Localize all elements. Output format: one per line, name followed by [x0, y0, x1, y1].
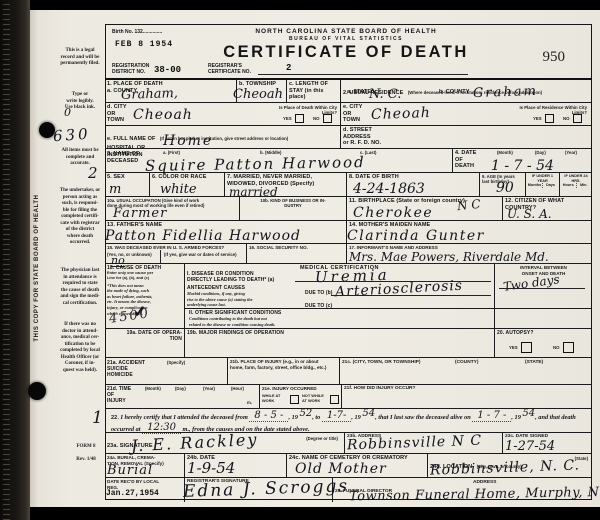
value-cemetery: Old Mother — [295, 462, 387, 476]
label-funeral-address: ADDRESS — [473, 480, 496, 486]
value-burial-date: 1-9-54 — [187, 461, 235, 476]
margin-vertical-text: THIS COPY FOR STATE BOARD OF HEALTH — [34, 188, 40, 348]
field-citizen: 12. CITIZEN OF WHAT COUNTRY? U. S. A. — [503, 197, 592, 220]
field-certify-statement: 22. I hereby certify that I attended the… — [105, 409, 592, 432]
label-yes-2: YES — [533, 116, 542, 121]
margin-scribble-0: 0 — [64, 106, 71, 119]
field-township: b. TOWNSHIP Cheoah — [237, 80, 287, 102]
line-cause-b — [331, 295, 491, 296]
margin-scribble-2: 2 — [88, 164, 98, 182]
field-color-race: 6. COLOR OR RACE white — [150, 173, 225, 196]
field-interval-blank — [495, 309, 592, 328]
note-antecedent: Morbid conditions, if any, giving rise t… — [187, 291, 253, 308]
row-occupation-birthplace: 10a. USUAL OCCUPATION (Give kind of work… — [105, 197, 592, 221]
label-armed-ifyes: (If yes, give war or dates of service) — [164, 252, 242, 257]
label-due-to-b: DUE TO (b) — [305, 290, 333, 296]
value-birthplace: Cherokee — [353, 206, 433, 220]
field-informant: 17. INFORMANT'S NAME AND ADDRESS Mrs. Ma… — [347, 244, 592, 263]
certificate-serial-number: 950 — [543, 49, 566, 66]
label-while-at-work: WHILE AT WORK — [262, 394, 288, 404]
label-major-findings: 19b. MAJOR FINDINGS OF OPERATION — [187, 330, 492, 336]
value-occupation: Farmer — [113, 207, 167, 220]
label-disease-leading-to-death: I. DISEASE OR CONDITION DIRECTLY LEADING… — [187, 271, 274, 283]
value-age: 90 — [496, 181, 514, 195]
field-hospital: e. FULL NAME OF (If not in hospital or i… — [105, 126, 341, 148]
value-last-seen-year: 54 — [522, 408, 535, 419]
field-age-under-24hrs: IF UNDER 24 HRS. Hours Min. — [559, 173, 592, 196]
value-hospital: Home — [163, 134, 213, 148]
field-city-of-residence: e. CITY OR TOWN Cheoah Is Place of Resid… — [341, 103, 592, 125]
margin-note-legal: This is a legal record and will be perma… — [54, 48, 106, 68]
value-birthplace-state: N C — [456, 198, 481, 212]
value-sex: m — [109, 183, 121, 196]
label-injury-occurred: 21e. INJURY OCCURRED — [262, 386, 339, 392]
row-parents: 13. FATHER'S NAME Patton Fidellia Harwoo… — [105, 221, 592, 244]
medical-bottom-subrow: II. OTHER SIGNIFICANT CONDITIONS Conditi… — [185, 309, 592, 328]
field-date-of-death: 4. DATE OF DEATH (Month) (Day) (Year) 1 … — [453, 149, 592, 172]
margin-note-type: Type or write legibly. Use black ink. — [54, 92, 106, 112]
value-attended-to: 1-7- — [322, 410, 351, 422]
label-place-of-injury: 21b. PLACE OF INJURY (e.g., in or about … — [230, 359, 337, 370]
label-days: Days — [542, 183, 558, 188]
row-burial: 24a. BURIAL, CREMA- TION, REMOVAL (Speci… — [105, 454, 592, 478]
value-date-of-death: 1 - 7 - 54 — [491, 159, 554, 173]
field-age: 9. AGE (In years last birthday) 90 IF UN… — [480, 173, 592, 196]
field-occupation: 10a. USUAL OCCUPATION (Give kind of work… — [105, 197, 240, 220]
margin-note-physician: The physician last in attendance is requ… — [54, 268, 106, 307]
registration-district-label: REGISTRATION DISTRICT NO. — [112, 63, 149, 76]
field-major-findings: 19b. MAJOR FINDINGS OF OPERATION — [185, 329, 495, 357]
row-name-dod: 3. NAME OF DECEASED a. (First) b. (Middl… — [105, 149, 592, 173]
certificate-paper: This is a legal record and will be perma… — [30, 10, 600, 507]
medical-top-subrow: MEDICAL CERTIFICATION I. DISEASE OR COND… — [185, 264, 592, 309]
label-armed-forces: 15. WAS DECEASED EVER IN U. S. ARMED FOR… — [107, 245, 244, 251]
field-date-of-birth: 8. DATE OF BIRTH 4-24-1863 — [347, 173, 480, 196]
value-burial-location: Robbinsville, N. C. — [430, 458, 580, 477]
value-res-county: Graham — [473, 85, 538, 100]
checkbox-not-while-at-work — [330, 395, 339, 404]
label-length-of-stay: c. LENGTH OF STAY (in this place) — [289, 81, 338, 101]
label-dod-day: (Day) — [535, 150, 546, 155]
label-injury-m: m. — [247, 400, 252, 405]
armed-divider — [160, 250, 161, 263]
field-date-of-operation: 19a. DATE OF OPERA- TION — [105, 329, 185, 357]
registrar-line — [258, 74, 468, 75]
certify-text-6: alive on — [450, 414, 470, 421]
field-cause-of-death: 18. CAUSE OF DEATH Enter only one cause … — [105, 264, 185, 328]
label-hours: Hours — [561, 183, 576, 188]
row-sex-race-marital: 5. SEX m 6. COLOR OR RACE white 7. MARRI… — [105, 173, 592, 197]
row-time-of-injury: 21d. TIME OF INJURY (Month) (Day) (Year)… — [105, 385, 592, 409]
field-place-of-injury: 21b. PLACE OF INJURY (e.g., in or about … — [228, 358, 340, 384]
value-date-of-birth: 4-24-1863 — [353, 182, 425, 196]
field-age-years: 9. AGE (In years last birthday) 90 — [480, 173, 525, 196]
field-city-of-death: d. CITY OR TOWN Cheoah Is Place of Death… — [105, 103, 341, 125]
checkbox-res-limits-yes — [545, 114, 554, 123]
field-usual-residence: 2. USUAL RESIDENCE (Where deceased lived… — [341, 80, 592, 102]
field-accident-suicide: 21a. ACCIDENT SUICIDE HOMICIDE (Specify) — [105, 358, 228, 384]
note-cause-enter-one: Enter only one cause per Line for (a), (… — [107, 271, 182, 281]
row-hospital-street: e. FULL NAME OF (If not in hospital or i… — [105, 126, 592, 149]
value-res-state: N. C. — [369, 88, 401, 101]
label-months: Months — [527, 183, 542, 188]
field-length-of-stay: c. LENGTH OF STAY (in this place) — [287, 80, 341, 102]
row-certify-statement: 22. I hereby certify that I attended the… — [105, 409, 592, 433]
label-no-1: NO — [313, 116, 319, 121]
certify-text-3: , to — [312, 414, 320, 421]
value-year-from: 52 — [299, 408, 312, 419]
field-place-of-death-county: 1. PLACE OF DEATH a. COUNTY Graham, — [105, 80, 237, 102]
margin-scribble-630: 630 — [52, 125, 91, 146]
field-signer-address: 23b. ADDRESS Robbinsville N C — [345, 433, 503, 453]
registration-district-value: 38-00 — [154, 65, 181, 75]
field-armed-forces: 15. WAS DECEASED EVER IN U. S. ARMED FOR… — [105, 244, 247, 263]
label-ssn: 16. SOCIAL SECURITY NO. — [249, 245, 344, 251]
registrar-certificate-value: 2 — [286, 63, 291, 73]
field-autopsy: 20. AUTOPSY? YES NO — [495, 329, 592, 357]
checkbox-death-limits-yes — [295, 114, 304, 123]
field-funeral-director: 25. FUNERAL DIRECTOR ADDRESS Townson Fun… — [333, 478, 592, 502]
label-date-of-death: 4. DATE OF DEATH — [455, 150, 476, 170]
row-operation-autopsy: 19a. DATE OF OPERA- TION 19b. MAJOR FIND… — [105, 329, 592, 358]
field-disease-condition: MEDICAL CERTIFICATION I. DISEASE OR COND… — [185, 264, 495, 308]
field-age-under-1yr: IF UNDER 1 YEAR Months Days — [525, 173, 559, 196]
check-mark: ✓ — [133, 304, 146, 320]
certify-text-4: , 19 — [351, 414, 360, 421]
value-date-received: Jan.27,1954 — [106, 489, 159, 498]
field-how-injury-occurred: 21f. HOW DID INJURY OCCUR? — [342, 385, 592, 408]
label-res-state: a. STATE — [347, 89, 371, 96]
received-date-stamp: FEB 8 1954 — [115, 40, 173, 49]
margin-scribble-1: 1 — [92, 408, 103, 428]
label-injury-county: (COUNTY) — [455, 360, 478, 366]
value-city-of-death: Cheoah — [133, 108, 193, 122]
label-accident-specify: (Specify) — [167, 360, 185, 365]
value-name-of-deceased: Squire Patton Harwood — [145, 155, 366, 174]
field-street-address: d. STREET ADDRESS or R. F. D. NO. — [341, 126, 592, 148]
value-date-signed: 1-27-54 — [505, 440, 555, 453]
value-year-to: 54 — [362, 408, 375, 419]
checkbox-while-at-work — [290, 395, 299, 404]
field-burial-location: 24d. LOCATION (City, town, or county) (S… — [428, 454, 592, 477]
label-degree-title: (Degree or title) — [306, 436, 338, 441]
field-name-of-deceased: 3. NAME OF DECEASED a. (First) b. (Middl… — [105, 149, 453, 172]
value-signer-address: Robbinsville N C — [347, 434, 482, 453]
label-accident: 21a. ACCIDENT SUICIDE HOMICIDE — [107, 360, 145, 378]
value-county: Graham, — [121, 87, 178, 102]
field-interval-onset-death: INTERVAL BETWEEN ONSET AND DEATH Two day… — [495, 264, 592, 308]
label-min: Min. — [576, 183, 592, 188]
note-other-conditions: Conditions contributing to the death but… — [189, 316, 490, 327]
label-autopsy-yes: YES — [509, 345, 518, 350]
label-dod-year: (Year) — [565, 150, 577, 155]
certify-text-2: , 19 — [288, 414, 297, 421]
book-binding-edge — [0, 0, 30, 520]
value-father-name: Patton Fidellia Harwood — [105, 229, 301, 243]
label-injury-day: (Day) — [175, 386, 186, 391]
checkbox-res-limits-no — [573, 114, 582, 123]
label-autopsy-no: NO — [553, 345, 559, 350]
label-color-race: 6. COLOR OR RACE — [152, 174, 222, 181]
field-signature: 23a. SIGNATURE (Degree or title) J. E. R… — [105, 433, 345, 453]
row-signature: 23a. SIGNATURE (Degree or title) J. E. R… — [105, 433, 592, 454]
label-first-name: a. (First) — [163, 150, 180, 155]
label-time-of-injury: 21d. TIME OF INJURY — [107, 386, 131, 404]
certify-number: 22. — [111, 415, 119, 421]
row-place-residence: 1. PLACE OF DEATH a. COUNTY Graham, b. T… — [105, 80, 592, 103]
scanned-certificate-page: This is a legal record and will be perma… — [0, 0, 600, 520]
field-registrar-signature: REGISTRAR'S SIGNATURE Edna J. Scroggs — [185, 478, 333, 502]
checkbox-death-limits-no — [323, 114, 332, 123]
label-street-address: d. STREET ADDRESS or R. F. D. NO. — [343, 127, 590, 147]
value-informant: Mrs. Mae Powers, Riverdale Md. — [349, 251, 549, 264]
field-cemetery: 24c. NAME OF CEMETERY OR CREMATORY Old M… — [287, 454, 428, 477]
value-color-race: white — [160, 183, 197, 196]
field-marital-status: 7. MARRIED, NEVER MARRIED, WIDOWED, DIVO… — [225, 173, 347, 196]
field-burial-date: 24b. DATE 1-9-54 — [185, 454, 287, 477]
checkbox-autopsy-no — [563, 342, 574, 353]
checkbox-autopsy-yes — [521, 342, 532, 353]
field-time-of-injury: 21d. TIME OF INJURY (Month) (Day) (Year)… — [105, 385, 260, 408]
hole-punch-bottom — [28, 382, 46, 400]
row-medical-certification: 18. CAUSE OF DEATH Enter only one cause … — [105, 264, 592, 329]
field-other-significant-conditions: II. OTHER SIGNIFICANT CONDITIONS Conditi… — [185, 309, 495, 328]
label-injury-month: (Month) — [145, 386, 161, 391]
field-sex: 5. SEX m — [105, 173, 150, 196]
label-industry: 10b. KIND OF BUSINESS OR IN- DUSTRY — [242, 198, 344, 209]
margin-note-undertaker: The undertaker, or person acting as such… — [54, 188, 106, 247]
label-autopsy: 20. AUTOPSY? — [497, 330, 590, 336]
row-city-town: d. CITY OR TOWN Cheoah Is Place of Death… — [105, 103, 592, 126]
field-injury-occurred: 21e. INJURY OCCURRED WHILE AT WORK NOT W… — [260, 385, 342, 408]
label-injury-hour: (Hour) — [231, 386, 244, 391]
label-date-of-birth: 8. DATE OF BIRTH — [349, 174, 477, 181]
field-burial-type: 24a. BURIAL, CREMA- TION, REMOVAL (Speci… — [105, 454, 185, 477]
label-under-1-year: IF UNDER 1 YEAR — [527, 174, 558, 183]
field-birthplace: 11. BIRTHPLACE (State or foreign country… — [347, 197, 503, 220]
label-how-injury: 21f. HOW DID INJURY OCCUR? — [344, 386, 590, 392]
label-injury-year: (Year) — [203, 386, 215, 391]
label-sex: 5. SEX — [107, 174, 147, 181]
certify-text-5: , that I last saw the deceased — [375, 414, 449, 421]
row-armed-ssn-informant: 15. WAS DECEASED EVER IN U. S. ARMED FOR… — [105, 244, 592, 264]
label-name-of-deceased: 3. NAME OF DECEASED — [107, 151, 139, 164]
label-under-24-hrs: IF UNDER 24 HRS. — [561, 174, 591, 183]
value-registrar-signature: Edna J. Scroggs — [183, 478, 350, 501]
line-interval — [499, 288, 585, 289]
header-org: NORTH CAROLINA STATE BOARD OF HEALTH — [206, 28, 486, 36]
margin-note-items: All items must be complete and accurate. — [54, 148, 106, 168]
label-injury-state: (STATE) — [525, 360, 543, 366]
value-funeral-director: Townson Funeral Home, Murphy, N. C. — [349, 486, 600, 504]
field-mother-name: 14. MOTHER'S MAIDEN NAME Clarinda Gunter — [347, 221, 592, 243]
value-signature: J. E. Rackley — [131, 432, 259, 455]
value-township: Cheoah — [233, 88, 283, 101]
document-title: CERTIFICATE OF DEATH — [176, 42, 516, 63]
form-grid: 1. PLACE OF DEATH a. COUNTY Graham, b. T… — [105, 78, 592, 502]
row-registrar: DATE REC'D BY LOCAL REG. Jan.27,1954 REG… — [105, 478, 592, 502]
certify-text-7: , 19 — [511, 414, 520, 421]
label-no-2: NO — [563, 116, 569, 121]
label-injury-city: 21c. (CITY, TOWN, OR TOWNSHIP) — [342, 360, 420, 366]
field-father-name: 13. FATHER'S NAME Patton Fidellia Harwoo… — [105, 221, 347, 243]
label-dod-month: (Month) — [497, 150, 513, 155]
field-date-signed: 23c. DATE SIGNED 1-27-54 — [503, 433, 592, 453]
value-burial-type: Burial — [107, 464, 153, 477]
certify-text-1: I hereby certify that I attended the dec… — [121, 414, 248, 421]
field-industry: 10b. KIND OF BUSINESS OR IN- DUSTRY — [240, 197, 347, 220]
field-ssn: 16. SOCIAL SECURITY NO. — [247, 244, 347, 263]
value-city-of-residence: Cheoah — [371, 106, 431, 122]
label-hospital-1: e. FULL NAME OF — [107, 136, 155, 142]
row-accident: 21a. ACCIDENT SUICIDE HOMICIDE (Specify)… — [105, 358, 592, 385]
label-date-of-operation: 19a. DATE OF OPERA- TION — [107, 330, 182, 342]
registrar-certificate-label: REGISTRAR'S CERTIFICATE NO. — [208, 63, 251, 76]
medical-certification-block: MEDICAL CERTIFICATION I. DISEASE OR COND… — [185, 264, 592, 328]
label-yes-1: YES — [283, 116, 292, 121]
value-last-seen-date: 1 - 7 - — [472, 410, 511, 422]
margin-note-doctor: If there was no doctor in attend- ance, … — [54, 322, 106, 374]
field-injury-location: 21c. (CITY, TOWN, OR TOWNSHIP) (COUNTY) … — [340, 358, 592, 384]
birth-no-line: Birth No. 132.............. — [112, 29, 162, 35]
value-mother-name: Clarinda Gunter — [347, 229, 485, 243]
field-date-received: DATE REC'D BY LOCAL REG. Jan.27,1954 — [105, 478, 185, 502]
value-attended-from: 8 - 5 - — [249, 410, 288, 422]
label-res-county: b. COUNTY — [439, 89, 470, 96]
label-not-while-at-work: NOT WHILE AT WORK — [302, 394, 328, 404]
value-citizen: U. S. A. — [507, 208, 552, 220]
